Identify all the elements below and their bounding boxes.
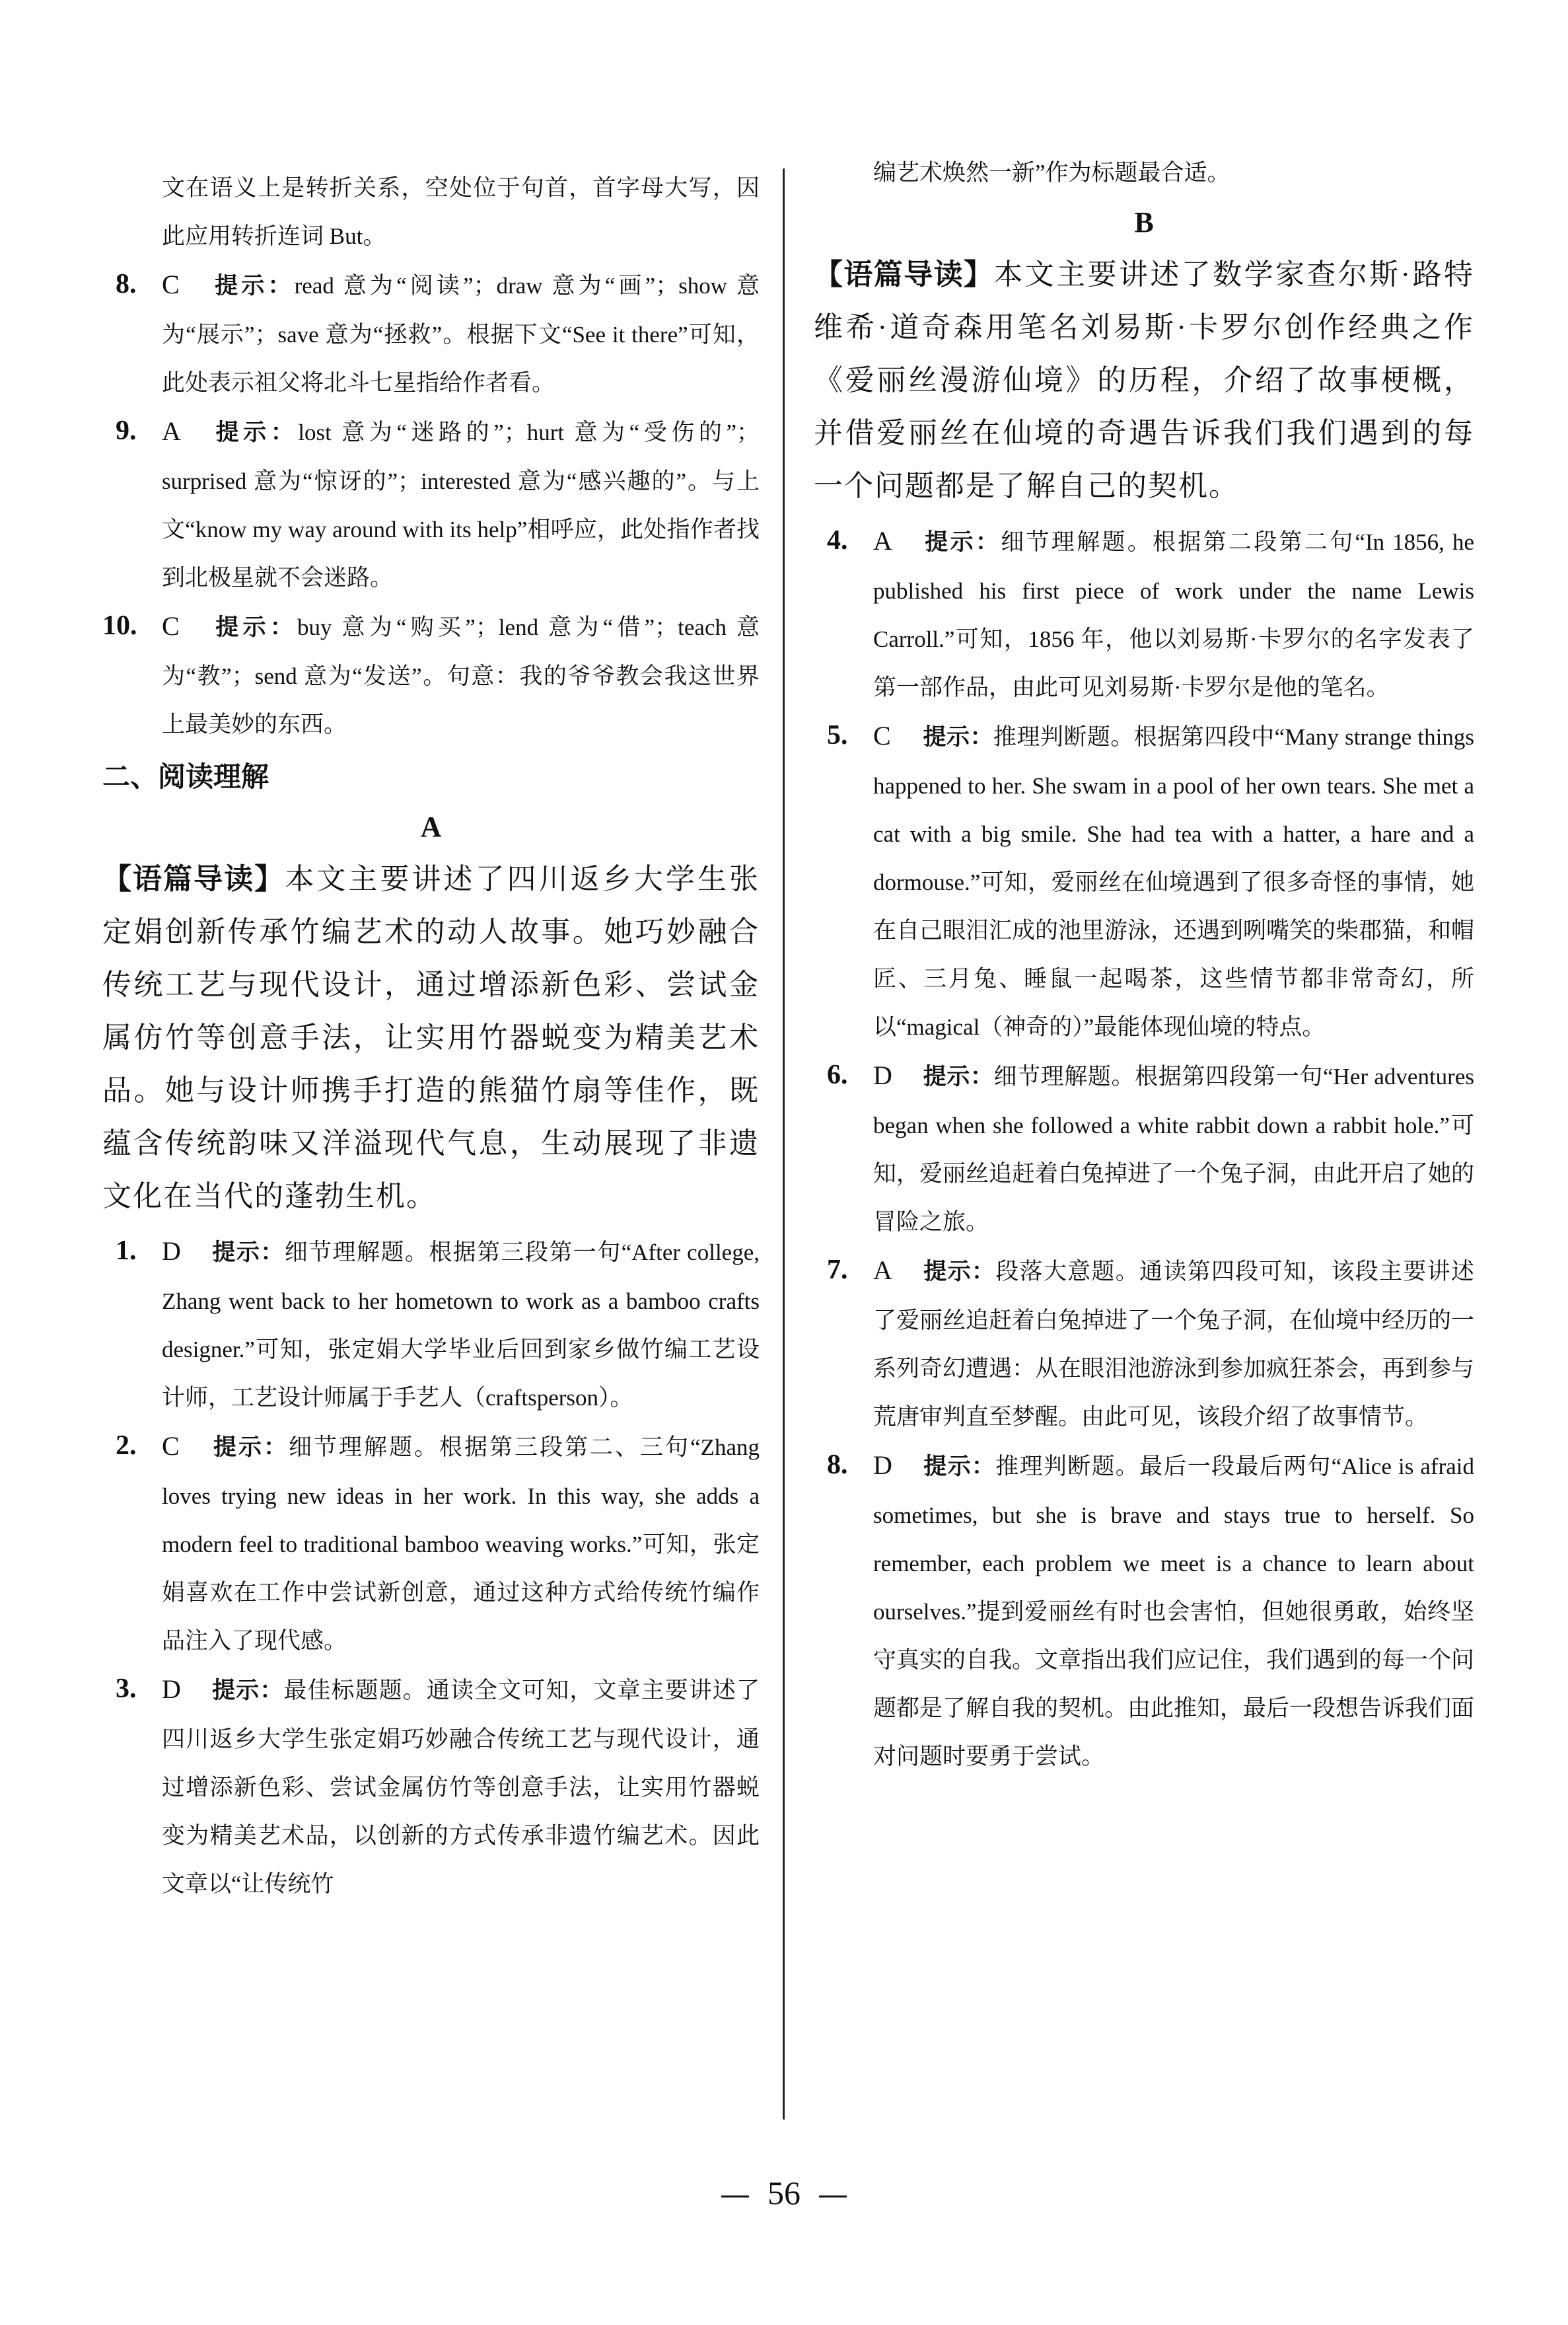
answer-item-5: 5. C提示：推理判断题。根据第四段中“Many strange things …: [814, 712, 1474, 1051]
item-answer: C: [162, 260, 211, 309]
item-number: 9.: [116, 407, 137, 455]
hint-label: 提示：: [211, 614, 297, 641]
item-answer: A: [162, 407, 211, 455]
guide-tag: 【语篇导读】: [102, 862, 285, 896]
item-explanation: 推理判断题。最后一段最后两句“Alice is afraid sometimes…: [873, 1454, 1474, 1769]
item-answer: D: [873, 1051, 923, 1099]
hint-label: 提示：: [923, 724, 993, 751]
column-divider: [783, 168, 785, 2120]
item-answer: C: [873, 712, 923, 760]
item-number: 3.: [116, 1665, 137, 1713]
hint-label: 提示：: [211, 273, 295, 299]
item-explanation: 推理判断题。根据第四段中“Many strange things happene…: [873, 724, 1474, 1040]
item-number: 2.: [116, 1422, 137, 1470]
passage-guide-a: 【语篇导读】本文主要讲述了四川返乡大学生张定娟创新传承竹编艺术的动人故事。她巧妙…: [102, 853, 760, 1223]
guide-text: 本文主要讲述了四川返乡大学生张定娟创新传承竹编艺术的动人故事。她巧妙融合传统工艺…: [102, 863, 760, 1212]
answer-item-7: 7. A提示：段落大意题。通读第四段可知，该段主要讲述了爱丽丝追赶着白兔掉进了一…: [814, 1246, 1474, 1441]
item-answer: D: [162, 1227, 211, 1275]
item-answer: A: [873, 1246, 923, 1294]
section-heading: 二、阅读理解: [102, 753, 760, 801]
hint-label: 提示：: [211, 1434, 289, 1461]
item-number: 4.: [827, 517, 848, 565]
passage-guide-b: 【语篇导读】本文主要讲述了数学家查尔斯·路特维希·道奇森用笔名刘易斯·卡罗尔创作…: [814, 248, 1474, 513]
item-explanation: 最佳标题题。通读全文可知，文章主要讲述了四川返乡大学生张定娟巧妙融合传统工艺与现…: [162, 1678, 760, 1897]
answer-item-2: 2. C提示：细节理解题。根据第三段第二、三句“Zhang loves tryi…: [102, 1422, 760, 1665]
item-number: 7.: [827, 1246, 848, 1294]
guide-text: 本文主要讲述了数学家查尔斯·路特维希·道奇森用笔名刘易斯·卡罗尔创作经典之作《爱…: [814, 258, 1474, 502]
footer-dash-left: [721, 2196, 749, 2197]
item-number: 1.: [116, 1227, 137, 1275]
hint-label: 提示：: [923, 529, 1001, 556]
item-answer: D: [162, 1665, 211, 1713]
item-number: 8.: [827, 1441, 848, 1489]
item-answer: C: [162, 1422, 211, 1470]
answer-item-3: 3. D提示：最佳标题题。通读全文可知，文章主要讲述了四川返乡大学生张定娟巧妙融…: [102, 1665, 760, 1908]
answer-item-9: 9. A提示：lost 意为“迷路的”；hurt 意为“受伤的”；surpris…: [102, 407, 760, 602]
carryover-text: 文在语义上是转折关系，空处位于句首，首字母大写，因此应用转折连词 But。: [102, 164, 760, 260]
item-number: 6.: [827, 1051, 848, 1099]
hint-label: 提示：: [923, 1259, 995, 1285]
item-answer: D: [873, 1441, 923, 1489]
answer-item-4: 4. A提示：细节理解题。根据第二段第二句“In 1856, he publis…: [814, 517, 1474, 712]
answer-item-10: 10. C提示：buy 意为“购买”；lend 意为“借”；teach 意为“教…: [102, 602, 760, 749]
carryover-text: 编艺术焕然一新”作为标题最合适。: [814, 149, 1474, 197]
item-answer: A: [873, 517, 923, 565]
hint-label: 提示：: [211, 1239, 285, 1266]
answer-item-8b: 8. D提示：推理判断题。最后一段最后两句“Alice is afraid so…: [814, 1441, 1474, 1781]
page-number: 56: [767, 2174, 801, 2211]
passage-letter-b: B: [814, 197, 1474, 248]
hint-label: 提示：: [211, 420, 298, 446]
answer-item-1: 1. D提示：细节理解题。根据第三段第一句“After college, Zha…: [102, 1227, 760, 1422]
answer-item-6: 6. D提示：细节理解题。根据第四段第一句“Her adventures beg…: [814, 1051, 1474, 1246]
page-footer: 56: [0, 2174, 1568, 2212]
passage-letter-a: A: [102, 801, 760, 853]
item-number: 8.: [116, 260, 137, 309]
item-number: 5.: [827, 712, 848, 760]
hint-label: 提示：: [923, 1454, 995, 1480]
right-column: 编艺术焕然一新”作为标题最合适。 B 【语篇导读】本文主要讲述了数学家查尔斯·路…: [814, 149, 1474, 1781]
hint-label: 提示：: [923, 1064, 993, 1090]
item-answer: C: [162, 602, 211, 650]
item-number: 10.: [102, 602, 137, 650]
left-column: 文在语义上是转折关系，空处位于句首，首字母大写，因此应用转折连词 But。 8.…: [102, 164, 760, 1908]
answer-item-8: 8. C提示：read 意为“阅读”；draw 意为“画”；show 意为“展示…: [102, 260, 760, 407]
item-explanation: 细节理解题。根据第三段第二、三句“Zhang loves trying new …: [162, 1434, 760, 1654]
footer-dash-right: [819, 2196, 847, 2197]
hint-label: 提示：: [211, 1678, 283, 1704]
guide-tag: 【语篇导读】: [814, 258, 993, 291]
